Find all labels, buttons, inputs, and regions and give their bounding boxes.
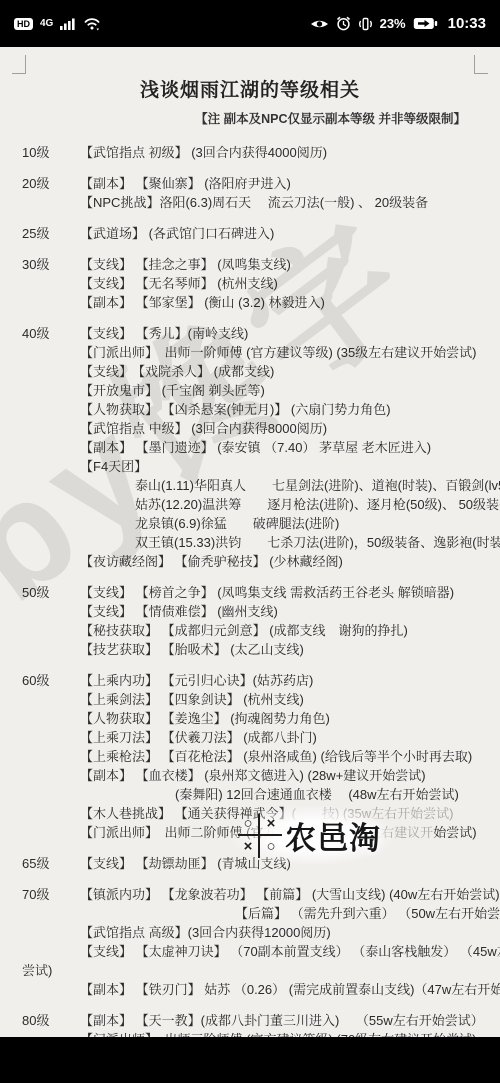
text-fragment: 【武馆指点 初级】 (3回合内获得4000阅历) [80, 145, 327, 160]
level-label: 10级 [22, 143, 80, 162]
guide-line: 【门派出师】 出师一阶师傅 (官方建议等级) (35级左右建议开始尝试) [80, 343, 494, 362]
level-spacer [22, 400, 80, 419]
guide-row: 【副本】 【墨门遗迹】 (泰安镇 （7.40） 茅草屋 老木匠进入) [22, 438, 494, 457]
guide-line: 【武馆指点 高级】(3回合内获得12000阅历) [80, 923, 494, 942]
text-fragment: 【秘技获取】 【成都归元剑意】 (成都支线 谢狗的挣扎) [80, 623, 408, 638]
note-line: 【注 副本及NPC仅显示副本等级 并非等级限制】 [0, 109, 500, 127]
text-fragment: 尝试) [22, 963, 52, 978]
brand-grid-logo: ○ × × ○ [238, 814, 282, 858]
text-fragment: 【上乘枪法】 【百花枪法】 (泉州洛咸鱼) (给钱后等半个小时再去取) [80, 749, 472, 764]
text-fragment: 【支线】 【挂念之事】 (凤鸣集支线) [80, 257, 291, 272]
level-section: 10级【武馆指点 初级】 (3回合内获得4000阅历) [22, 143, 494, 162]
level-spacer [22, 193, 80, 212]
guide-line: 【支线】 【挂念之事】 (凤鸣集支线) [80, 255, 494, 274]
text-fragment: 【NPC挑战】洛阳(6.3)周石天 流云刀法(一般) 、 20级装备 [80, 195, 428, 210]
grid-cell: × [238, 836, 260, 858]
level-spacer [22, 381, 80, 400]
text-fragment: 【门派出师】 出师一阶师傅 (官方建议等级) (35级左右建议开始尝试) [80, 345, 477, 360]
guide-line: 【门派出师】 出师三阶师傅 (官方建议等级) (70级左右建议开始尝试) [80, 1030, 494, 1037]
guide-line: 【秘技获取】 【成都归元剑意】 (成都支线 谢狗的挣扎) [80, 621, 494, 640]
guide-row: 【门派出师】 出师一阶师傅 (官方建议等级) (35级左右建议开始尝试) [22, 343, 494, 362]
guide-row: 【支线】 【戏院杀人】 (成都支线) [22, 362, 494, 381]
guide-row: 80级【副本】 【天一教】(成都八卦门董三川进入) （55w左右开始尝试） [22, 1011, 494, 1030]
brand-watermark-label: 农邑淘 [285, 813, 381, 858]
level-spacer [22, 438, 80, 457]
guide-line: 双王镇(15.33)洪钧 七杀刀法(进阶)，50级装备、逸影袍(时装) [135, 533, 500, 552]
crop-mark-right [474, 55, 488, 74]
guide-row: 【上乘剑法】 【四象剑诀】 (杭州支线) [22, 690, 494, 709]
level-label: 50级 [22, 583, 80, 602]
level-spacer [22, 293, 80, 312]
guide-line: 【副本】 【血衣楼】 (泉州郑文德进入) (28w+建议开始尝试) [80, 766, 494, 785]
guide-line: 尝试) [22, 961, 494, 980]
guide-row: 【人物获取】 【凶杀悬案(钟无月)】 (六扇门势力角色) [22, 400, 494, 419]
guide-line: 【支线】 【戏院杀人】 (成都支线) [80, 362, 494, 381]
level-spacer [22, 804, 80, 823]
level-section: 50级【支线】 【榜首之争】 (凤鸣集支线 需救活药王谷老头 解锁暗器)【支线】… [22, 583, 494, 659]
level-label: 40级 [22, 324, 80, 343]
text-fragment: 【副本】 【聚仙寨】 (洛阳府尹进入) [80, 176, 291, 191]
wifi-icon [83, 17, 101, 31]
guide-row: 【门派出师】 出师三阶师傅 (官方建议等级) (70级左右建议开始尝试) [22, 1030, 494, 1037]
eye-icon [310, 18, 329, 30]
level-label: 30级 [22, 255, 80, 274]
level-spacer [22, 904, 80, 923]
guide-row: 50级【支线】 【榜首之争】 (凤鸣集支线 需救活药王谷老头 解锁暗器) [22, 583, 494, 602]
text-fragment: 龙泉镇(6.9)徐猛 破碑腿法(进阶) [135, 516, 339, 531]
text-fragment: 始尝试) [433, 825, 476, 840]
text-fragment: 【镇派内功】 【龙象波若功】 【前篇】 (大雪山支线) (40w左右开始尝试) [80, 887, 500, 902]
level-section: 25级【武道场】 (各武馆门口石碑进入) [22, 224, 494, 243]
text-fragment: 【开放鬼市】 (千宝阁 剃头匠等) [80, 383, 265, 398]
guide-line: 【副本】 【邹家堡】 (衡山 (3.2) 林毅进入) [80, 293, 494, 312]
guide-line: 【武道场】 (各武馆门口石碑进入) [80, 224, 494, 243]
text-fragment: 【上乘剑法】 【四象剑诀】 (杭州支线) [80, 692, 304, 707]
document-content: 浅谈烟雨江湖的等级相关 【注 副本及NPC仅显示副本等级 并非等级限制】 10级… [0, 75, 500, 1037]
guide-row: 【支线】 【太虚神刀诀】 （70副本前置支线） （泰山客栈触发） （45w左右开… [22, 942, 494, 961]
guide-row: 【副本】 【铁刃门】 姑苏 （0.26） (需完成前置泰山支线)（47w左右开始… [22, 980, 494, 999]
text-fragment: 【支线】 【秀儿】(南岭支线) [80, 326, 248, 341]
grid-cell: × [260, 814, 282, 836]
text-fragment: 【武馆指点 高级】(3回合内获得12000阅历) [80, 925, 331, 940]
guide-line: 【夜访藏经阁】 【偷秃驴秘技】 (少林藏经阁) [80, 552, 494, 571]
text-fragment: 【副本】 【天一教】(成都八卦门董三川进入) （55w左右开始尝试） [80, 1013, 484, 1028]
text-fragment: 【支线】 【太虚神刀诀】 （70副本前置支线） （泰山客栈触发） （45w左右开… [80, 944, 500, 959]
guide-row: 【武馆指点 高级】(3回合内获得12000阅历) [22, 923, 494, 942]
guide-line: 【武馆指点 中级】 (3回合内获得8000阅历) [80, 419, 494, 438]
guide-line: 【镇派内功】 【龙象波若功】 【前篇】 (大雪山支线) (40w左右开始尝试) [80, 885, 500, 904]
level-spacer [22, 785, 80, 804]
guide-row: 20级【副本】 【聚仙寨】 (洛阳府尹进入) [22, 174, 494, 193]
level-section: 30级【支线】 【挂念之事】 (凤鸣集支线)【支线】 【无名琴师】 (杭州支线)… [22, 255, 494, 312]
level-label: 25级 [22, 224, 80, 243]
guide-line: 【NPC挑战】洛阳(6.3)周石天 流云刀法(一般) 、 20级装备 [80, 193, 494, 212]
guide-line: 龙泉镇(6.9)徐猛 破碑腿法(进阶) [135, 514, 494, 533]
guide-row: 70级【镇派内功】 【龙象波若功】 【前篇】 (大雪山支线) (40w左右开始尝… [22, 885, 494, 904]
guide-line: 【上乘内功】 【元引归心诀】(姑苏药店) [80, 671, 494, 690]
guide-row: 【上乘刀法】 【伏羲刀法】 (成都八卦门) [22, 728, 494, 747]
guide-line: 【支线】 【太虚神刀诀】 （70副本前置支线） （泰山客栈触发） （45w左右开… [80, 942, 500, 961]
status-right: 23% 10:33 [310, 15, 486, 32]
guide-row: 泰山(1.11)华阳真人 七星剑法(进阶)、道袍(时装)、百锻剑(lv50) [22, 476, 494, 495]
text-fragment: 【副本】 【铁刃门】 姑苏 （0.26） (需完成前置泰山支线)（47w左右开始… [80, 982, 500, 997]
guide-line: 【技艺获取】 【胎吸术】 (太乙山支线) [80, 640, 494, 659]
text-fragment: 双王镇(15.33)洪钧 七杀刀法(进阶)，50级装备、逸影袍(时装) [135, 535, 500, 550]
guide-line: 【武馆指点 初级】 (3回合内获得4000阅历) [80, 143, 494, 162]
guide-row: 【支线】 【无名琴师】 (杭州支线) [22, 274, 494, 293]
level-spacer [22, 495, 80, 514]
text-fragment: 【F4天团】 [80, 459, 147, 474]
level-spacer [22, 923, 80, 942]
sections: 10级【武馆指点 初级】 (3回合内获得4000阅历)20级【副本】 【聚仙寨】… [0, 127, 500, 1037]
guide-line: 【上乘刀法】 【伏羲刀法】 (成都八卦门) [80, 728, 494, 747]
text-fragment: 【副本】 【血衣楼】 (泉州郑文德进入) (28w+建议开始尝试) [80, 768, 426, 783]
guide-row: 【F4天团】 [22, 457, 494, 476]
grid-cell: ○ [238, 814, 260, 836]
guide-row: 【秘技获取】 【成都归元剑意】 (成都支线 谢狗的挣扎) [22, 621, 494, 640]
text-fragment: 【副本】 【墨门遗迹】 (泰安镇 （7.40） 茅草屋 老木匠进入) [80, 440, 431, 455]
guide-row: 龙泉镇(6.9)徐猛 破碑腿法(进阶) [22, 514, 494, 533]
guide-row: 【支线】 【情债难偿】 (幽州支线) [22, 602, 494, 621]
guide-line: 【后篇】 （需先升到六重） （50w左右开始尝试） [235, 904, 500, 923]
guide-line: 【副本】 【聚仙寨】 (洛阳府尹进入) [80, 174, 494, 193]
level-label: 65级 [22, 854, 80, 873]
text-fragment: 【后篇】 （需先升到六重） （50w左右开始尝试） [235, 906, 500, 921]
network-type-label: 4G [40, 18, 53, 29]
level-label: 60级 [22, 671, 80, 690]
status-left: HD 4G [14, 17, 101, 31]
guide-row: 60级【上乘内功】 【元引归心诀】(姑苏药店) [22, 671, 494, 690]
level-spacer [22, 362, 80, 381]
guide-line: 【副本】 【天一教】(成都八卦门董三川进入) （55w左右开始尝试） [80, 1011, 494, 1030]
text-fragment: 【技艺获取】 【胎吸术】 (太乙山支线) [80, 642, 304, 657]
guide-line: (秦舞阳) 12回合速通血衣楼 (48w左右开始尝试) [175, 785, 494, 804]
guide-line: 【人物获取】 【姜逸尘】 (拘魂阁势力角色) [80, 709, 494, 728]
text-fragment: 【夜访藏经阁】 【偷秃驴秘技】 (少林藏经阁) [80, 554, 343, 569]
clock-time-label: 10:33 [448, 15, 486, 32]
level-spacer [22, 823, 80, 842]
vibrate-icon [358, 17, 373, 31]
guide-row: 10级【武馆指点 初级】 (3回合内获得4000阅历) [22, 143, 494, 162]
level-spacer [22, 942, 80, 961]
guide-line: 【支线】 【情债难偿】 (幽州支线) [80, 602, 494, 621]
grid-cell: ○ [260, 836, 282, 858]
level-spacer [22, 640, 80, 659]
guide-row: 【技艺获取】 【胎吸术】 (太乙山支线) [22, 640, 494, 659]
guide-row: 双王镇(15.33)洪钧 七杀刀法(进阶)，50级装备、逸影袍(时装) [22, 533, 494, 552]
guide-line: 【支线】 【秀儿】(南岭支线) [80, 324, 494, 343]
hd-badge: HD [14, 18, 33, 30]
guide-row: (秦舞阳) 12回合速通血衣楼 (48w左右开始尝试) [22, 785, 494, 804]
level-spacer [22, 457, 80, 476]
guide-row: 【武馆指点 中级】 (3回合内获得8000阅历) [22, 419, 494, 438]
guide-line: 【人物获取】 【凶杀悬案(钟无月)】 (六扇门势力角色) [80, 400, 494, 419]
guide-row: 40级【支线】 【秀儿】(南岭支线) [22, 324, 494, 343]
crop-mark-left [12, 55, 26, 74]
guide-line: 【副本】 【铁刃门】 姑苏 （0.26） (需完成前置泰山支线)（47w左右开始… [80, 980, 500, 999]
guide-line: 【支线】 【无名琴师】 (杭州支线) [80, 274, 494, 293]
text-fragment: 【门派出师】 出师三阶师傅 (官方建议等级) (70级左右建议开始尝试) [80, 1032, 477, 1037]
bottom-bar [0, 1037, 500, 1083]
text-fragment: 【支线】 【无名琴师】 (杭州支线) [80, 276, 278, 291]
level-spacer [22, 621, 80, 640]
level-spacer [22, 602, 80, 621]
guide-row: 【副本】 【血衣楼】 (泉州郑文德进入) (28w+建议开始尝试) [22, 766, 494, 785]
level-spacer [22, 552, 80, 571]
level-spacer [22, 533, 80, 552]
signal-bars-icon [60, 17, 76, 30]
guide-line: 【上乘剑法】 【四象剑诀】 (杭州支线) [80, 690, 494, 709]
guide-line: 【支线】 【榜首之争】 (凤鸣集支线 需救活药王谷老头 解锁暗器) [80, 583, 494, 602]
text-fragment: 【支线】 【情债难偿】 (幽州支线) [80, 604, 278, 619]
guide-line: 姑苏(12.20)温洪筹 逐月枪法(进阶)、逐月枪(50级)、 50级装备 [135, 495, 500, 514]
battery-percent-label: 23% [380, 16, 406, 31]
text-fragment: 【上乘内功】 【元引归心诀】(姑苏药店) [80, 673, 313, 688]
level-spacer [22, 274, 80, 293]
level-spacer [22, 690, 80, 709]
page-title: 浅谈烟雨江湖的等级相关 [0, 75, 500, 102]
guide-row: 【上乘枪法】 【百花枪法】 (泉州洛咸鱼) (给钱后等半个小时再去取) [22, 747, 494, 766]
text-fragment: 【副本】 【邹家堡】 (衡山 (3.2) 林毅进入) [80, 295, 325, 310]
level-section: 20级【副本】 【聚仙寨】 (洛阳府尹进入)【NPC挑战】洛阳(6.3)周石天 … [22, 174, 494, 212]
text-fragment: 【支线】 【榜首之争】 (凤鸣集支线 需救活药王谷老头 解锁暗器) [80, 585, 454, 600]
guide-row: 【副本】 【邹家堡】 (衡山 (3.2) 林毅进入) [22, 293, 494, 312]
guide-row: 【夜访藏经阁】 【偷秃驴秘技】 (少林藏经阁) [22, 552, 494, 571]
text-fragment: 【支线】 【戏院杀人】 (成都支线) [80, 364, 274, 379]
guide-line: 【开放鬼市】 (千宝阁 剃头匠等) [80, 381, 494, 400]
guide-line: 【副本】 【墨门遗迹】 (泰安镇 （7.40） 茅草屋 老木匠进入) [80, 438, 494, 457]
guide-row: 【NPC挑战】洛阳(6.3)周石天 流云刀法(一般) 、 20级装备 [22, 193, 494, 212]
text-fragment: (秦舞阳) 12回合速通血衣楼 (48w左右开始尝试) [175, 787, 459, 802]
level-label: 70级 [22, 885, 80, 904]
alarm-clock-icon [336, 16, 351, 31]
level-spacer [22, 728, 80, 747]
level-section: 70级【镇派内功】 【龙象波若功】 【前篇】 (大雪山支线) (40w左右开始尝… [22, 885, 494, 999]
text-fragment: 【人物获取】 【姜逸尘】 (拘魂阁势力角色) [80, 711, 330, 726]
guide-row: 姑苏(12.20)温洪筹 逐月枪法(进阶)、逐月枪(50级)、 50级装备 [22, 495, 494, 514]
battery-charging-icon [413, 17, 438, 30]
level-spacer [22, 980, 80, 999]
guide-row: 【开放鬼市】 (千宝阁 剃头匠等) [22, 381, 494, 400]
status-bar: HD 4G 23% 10:33 [0, 0, 500, 47]
text-fragment: 【上乘刀法】 【伏羲刀法】 (成都八卦门) [80, 730, 317, 745]
guide-line: 泰山(1.11)华阳真人 七星剑法(进阶)、道袍(时装)、百锻剑(lv50) [135, 476, 500, 495]
text-fragment: 【武馆指点 中级】 (3回合内获得8000阅历) [80, 421, 327, 436]
text-fragment: 【武道场】 (各武馆门口石碑进入) [80, 226, 274, 241]
level-spacer [22, 476, 80, 495]
level-spacer [22, 1030, 80, 1037]
guide-line: 【F4天团】 [80, 457, 494, 476]
text-fragment: 姑苏(12.20)温洪筹 逐月枪法(进阶)、逐月枪(50级)、 50级装备 [135, 497, 500, 512]
level-spacer [22, 747, 80, 766]
guide-row: 【人物获取】 【姜逸尘】 (拘魂阁势力角色) [22, 709, 494, 728]
level-label: 20级 [22, 174, 80, 193]
guide-row: 25级【武道场】 (各武馆门口石碑进入) [22, 224, 494, 243]
text-fragment: 【人物获取】 【凶杀悬案(钟无月)】 (六扇门势力角色) [80, 402, 391, 417]
level-spacer [22, 514, 80, 533]
guide-row: 30级【支线】 【挂念之事】 (凤鸣集支线) [22, 255, 494, 274]
document-page: by馋字 浅谈烟雨江湖的等级相关 【注 副本及NPC仅显示副本等级 并非等级限制… [0, 47, 500, 1037]
guide-line: 【上乘枪法】 【百花枪法】 (泉州洛咸鱼) (给钱后等半个小时再去取) [80, 747, 494, 766]
brand-watermark: ○ × × ○ 农邑淘 [228, 805, 397, 866]
guide-row: 【后篇】 （需先升到六重） （50w左右开始尝试） [22, 904, 494, 923]
level-spacer [22, 343, 80, 362]
level-spacer [22, 766, 80, 785]
level-spacer [22, 709, 80, 728]
level-spacer [22, 419, 80, 438]
text-fragment: 泰山(1.11)华阳真人 七星剑法(进阶)、道袍(时装)、百锻剑(lv50) [135, 478, 500, 493]
level-section: 40级【支线】 【秀儿】(南岭支线)【门派出师】 出师一阶师傅 (官方建议等级)… [22, 324, 494, 571]
level-section: 80级【副本】 【天一教】(成都八卦门董三川进入) （55w左右开始尝试）【门派… [22, 1011, 494, 1037]
level-label: 80级 [22, 1011, 80, 1030]
guide-row: 尝试) [22, 961, 494, 980]
